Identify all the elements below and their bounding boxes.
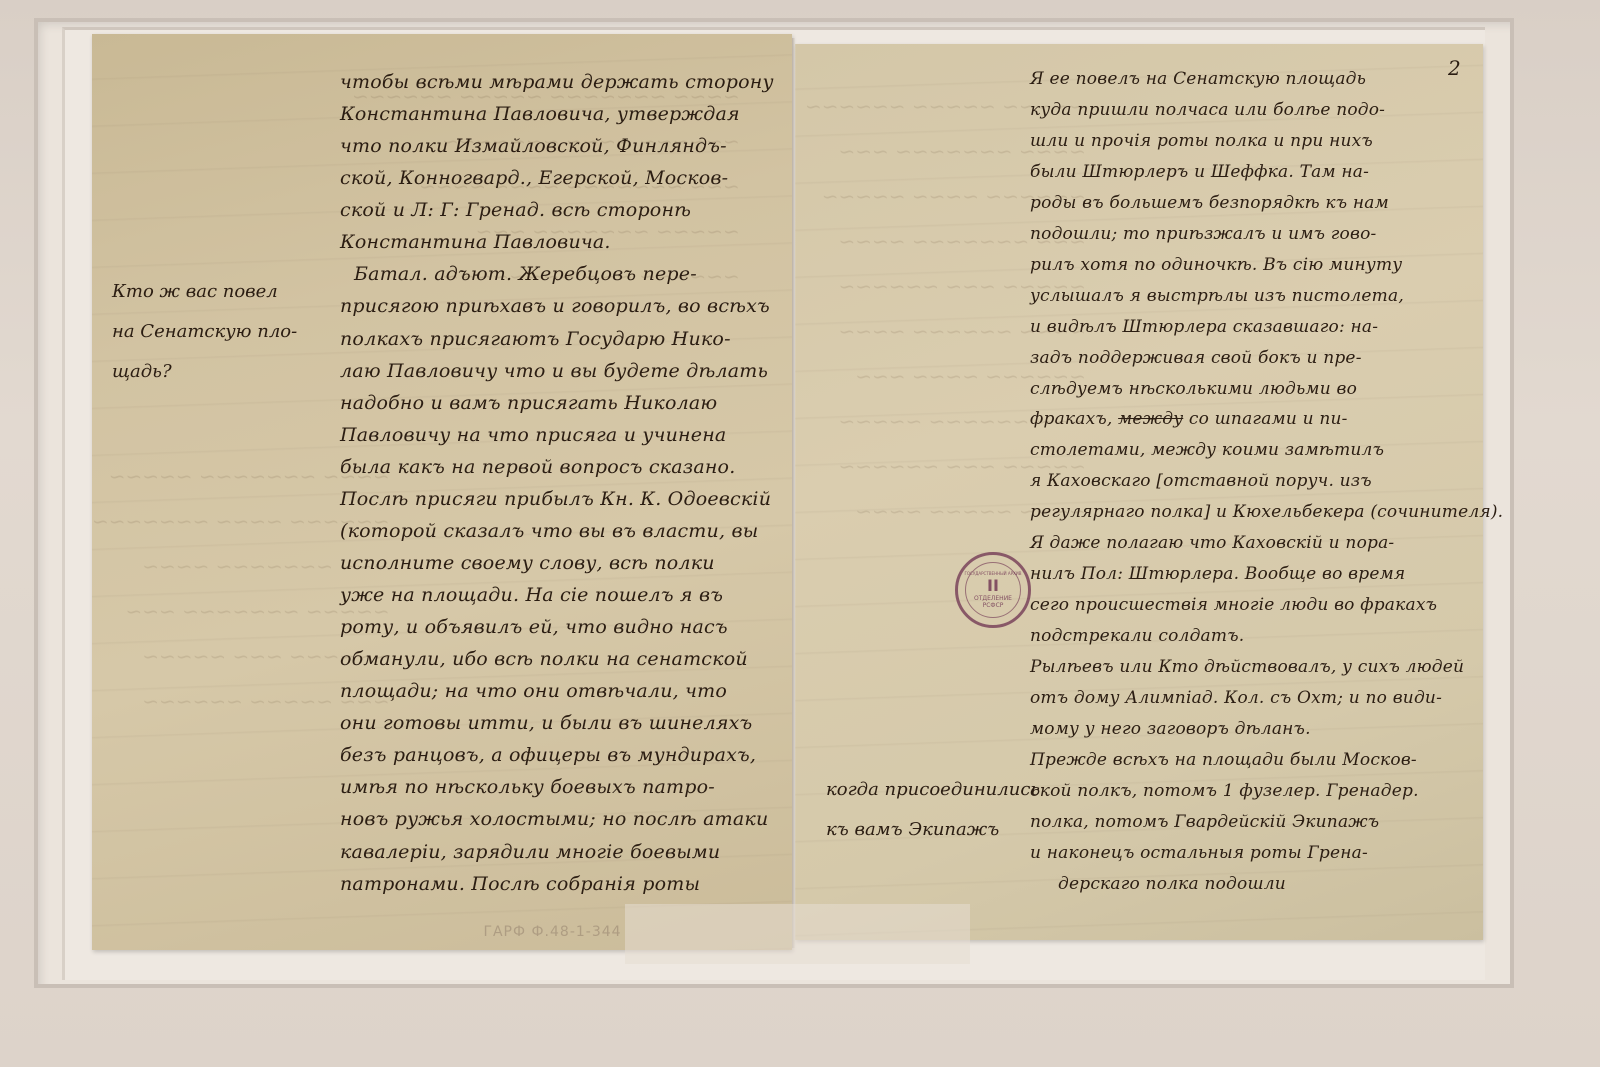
text-line: Константина Павловича. <box>340 226 774 258</box>
text-line: сего происшествія многіе люди во фракахъ <box>1030 590 1503 621</box>
text-line: были Штюрлеръ и Шеффка. Там на- <box>1030 157 1503 188</box>
text-line: ской и Л: Г: Гренад. всѣ сторонѣ <box>340 194 774 226</box>
text-line: исполните своему слову, всѣ полки <box>340 547 774 579</box>
text-line: я Каховскаго [отставной поруч. изъ <box>1030 466 1503 497</box>
margin-line: къ вамъ Экипажъ <box>826 810 1040 850</box>
stamp-inner-text: ОТДЕЛЕНИЕ <box>974 595 1012 602</box>
text-line: слѣдуемъ нѣсколькими людьми во <box>1030 374 1503 405</box>
right-margin-question: когда присоединились къ вамъ Экипажъ <box>826 770 1040 850</box>
text-line: задъ поддерживая свой бокъ и пре- <box>1030 343 1503 374</box>
archive-reference-label: ГАРФ Ф.48-1-344 <box>480 912 625 952</box>
text-line: чтобы всѣми мѣрами держать сторону <box>340 66 774 98</box>
text-line: Я даже полагаю что Каховскій и пора- <box>1030 528 1503 559</box>
text-line: ской полкъ, потомъ 1 фузелер. Гренадер. <box>1030 776 1503 807</box>
text-line: мому у него заговоръ дѣланъ. <box>1030 714 1503 745</box>
margin-line: на Сенатскую пло- <box>112 312 297 352</box>
stamp-number: II <box>987 576 999 595</box>
text-line: полкахъ присягаютъ Государю Нико- <box>340 323 774 355</box>
text-line: шли и прочія роты полка и при нихъ <box>1030 126 1503 157</box>
text-line: Я ее повелъ на Сенатскую площадь <box>1030 64 1503 95</box>
text-line: была какъ на первой вопросъ сказано. <box>340 451 774 483</box>
text-line: нилъ Пол: Штюрлера. Вообще во время <box>1030 559 1503 590</box>
right-page-text: Я ее повелъ на Сенатскую площадь куда пр… <box>1030 64 1503 900</box>
text-line: отъ дому Алимпіад. Кол. съ Охт; и по вид… <box>1030 683 1503 714</box>
text-line: новъ ружья холостыми; но послѣ атаки <box>340 803 774 835</box>
struck-word: между <box>1118 409 1183 429</box>
text-line: фракахъ, между со шпагами и пи- <box>1030 404 1503 435</box>
text-line: Батал. адъют. Жеребцовъ пере- <box>340 258 774 290</box>
stamp-ring-text: ГОСУДАРСТВЕННЫЙ АРХИВ <box>964 571 1021 576</box>
text-line: безъ ранцовъ, а офицеры въ мундирахъ, <box>340 739 774 771</box>
text-line: Константина Павловича, утверждая <box>340 98 774 130</box>
text-line: роту, и объявилъ ей, что видно насъ <box>340 611 774 643</box>
text-line: Павловичу на что присяга и учинена <box>340 419 774 451</box>
text-line: что полки Измайловской, Финляндъ- <box>340 130 774 162</box>
text-line: присягою приѣхавъ и говорилъ, во всѣхъ <box>340 290 774 322</box>
text-line: столетами, между коими замѣтилъ <box>1030 435 1503 466</box>
text-line: имѣя по нѣскольку боевыхъ патро- <box>340 771 774 803</box>
text-line: регулярнаго полка] и Кюхельбекера (сочин… <box>1030 497 1503 528</box>
margin-line: щадь? <box>112 352 297 392</box>
text-line: уже на площади. На сіе пошелъ я въ <box>340 579 774 611</box>
text-line: патронами. Послѣ собранія роты <box>340 868 774 900</box>
text-line: и видѣлъ Штюрлера сказавшаго: на- <box>1030 312 1503 343</box>
left-margin-question: Кто ж вас повел на Сенатскую пло- щадь? <box>112 272 297 392</box>
text-line: услышалъ я выстрѣлы изъ пистолета, <box>1030 281 1503 312</box>
margin-line: когда присоединились <box>826 770 1040 810</box>
text-fragment: со шпагами и пи- <box>1183 409 1347 429</box>
text-line: кавалеріи, зарядили многіе боевыми <box>340 836 774 868</box>
text-line: полка, потомъ Гвардейскій Экипажъ <box>1030 807 1503 838</box>
text-line: обманули, ибо всѣ полки на сенатской <box>340 643 774 675</box>
text-line: надобно и вамъ присягать Николаю <box>340 387 774 419</box>
text-line: роды въ большемъ безпорядкѣ къ нам <box>1030 188 1503 219</box>
text-line: они готовы итти, и были въ шинеляхъ <box>340 707 774 739</box>
stamp-bottom-text: РСФСР <box>983 602 1004 609</box>
archive-stamp: ГОСУДАРСТВЕННЫЙ АРХИВ II ОТДЕЛЕНИЕ РСФСР <box>955 552 1031 628</box>
text-line: (которой сказалъ что вы въ власти, вы <box>340 515 774 547</box>
text-line: подстрекали солдатъ. <box>1030 621 1503 652</box>
text-line: Послѣ присяги прибылъ Кн. К. Одоевскій <box>340 483 774 515</box>
text-fragment: фракахъ, <box>1030 409 1118 429</box>
text-line: лаю Павловичу что и вы будете дѣлать <box>340 355 774 387</box>
text-line: площади; на что они отвѣчали, что <box>340 675 774 707</box>
text-line: ской, Конногвард., Егерской, Москов- <box>340 162 774 194</box>
archive-label-patch <box>625 904 970 964</box>
text-line: и наконецъ остальныя роты Грена- <box>1030 838 1503 869</box>
text-line: куда пришли полчаса или болѣе подо- <box>1030 95 1503 126</box>
text-line: Рылѣевъ или Кто дѣйствовалъ, у сихъ люде… <box>1030 652 1503 683</box>
text-line: дерскаго полка подошли <box>1030 869 1503 900</box>
text-line: подошли; то приѣзжалъ и имъ гово- <box>1030 219 1503 250</box>
text-line: Прежде всѣхъ на площади были Москов- <box>1030 745 1503 776</box>
left-page-text: чтобы всѣми мѣрами держать сторонуКонста… <box>340 66 774 900</box>
margin-line: Кто ж вас повел <box>112 272 297 312</box>
page-fold <box>792 38 796 948</box>
text-line: рилъ хотя по одиночкѣ. Въ сію минуту <box>1030 250 1503 281</box>
